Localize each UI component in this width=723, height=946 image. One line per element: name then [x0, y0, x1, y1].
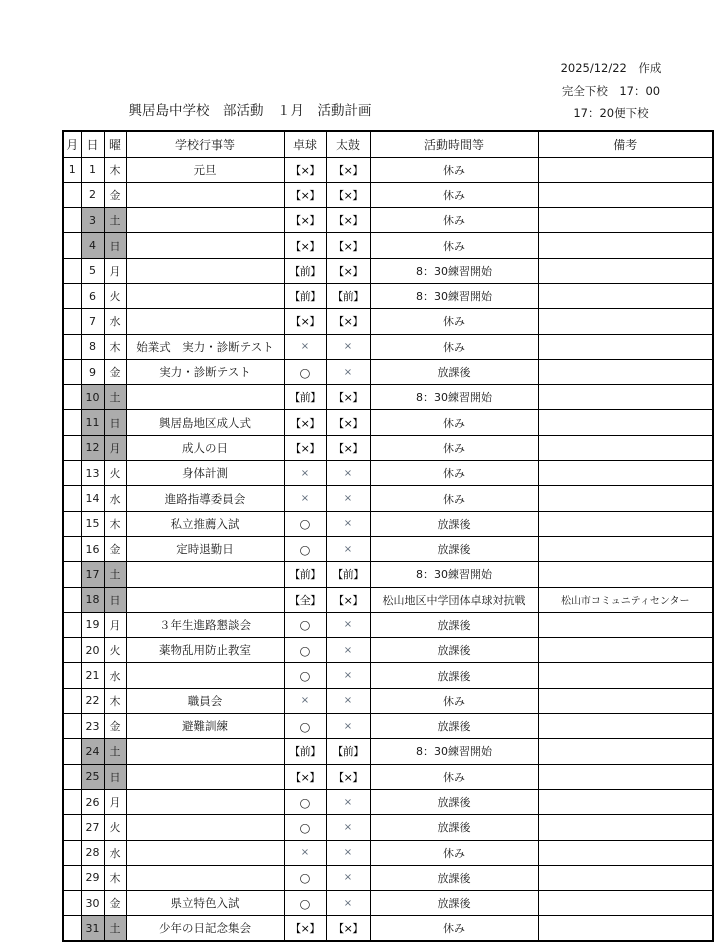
cell-day: 19: [81, 612, 104, 637]
table-row: 25日【×】【×】休み: [63, 764, 713, 789]
cell-time: 休み: [370, 410, 538, 435]
document-meta: 2025/12/22 作成 完全下校 17：00 17：20便下校: [533, 57, 689, 125]
cell-event: [126, 208, 284, 233]
cell-day: 24: [81, 739, 104, 764]
cell-note: [538, 891, 713, 916]
header-event: 学校行事等: [126, 131, 284, 157]
cell-month: [63, 587, 81, 612]
cell-weekday: 金: [104, 359, 126, 384]
table-row: 4日【×】【×】休み: [63, 233, 713, 258]
created-date: 2025/12/22 作成: [533, 57, 689, 80]
cell-month: [63, 764, 81, 789]
cell-taiko: ×: [326, 663, 370, 688]
cell-month: [63, 536, 81, 561]
table-row: 30金県立特色入試○×放課後: [63, 891, 713, 916]
cell-event: [126, 385, 284, 410]
cell-table-tennis: ○: [284, 789, 326, 814]
cell-note: [538, 714, 713, 739]
table-row: 19月３年生進路懇談会○×放課後: [63, 612, 713, 637]
cell-day: 20: [81, 638, 104, 663]
cell-time: 松山地区中学団体卓球対抗戦: [370, 587, 538, 612]
cell-weekday: 木: [104, 865, 126, 890]
cell-time: 放課後: [370, 663, 538, 688]
header-activity-time: 活動時間等: [370, 131, 538, 157]
cell-weekday: 月: [104, 789, 126, 814]
cell-day: 28: [81, 840, 104, 865]
cell-time: 休み: [370, 486, 538, 511]
cell-taiko: 【×】: [326, 258, 370, 283]
table-row: 11木元旦【×】【×】休み: [63, 157, 713, 182]
cell-weekday: 土: [104, 739, 126, 764]
cell-month: [63, 435, 81, 460]
cell-event: 職員会: [126, 688, 284, 713]
cell-month: [63, 612, 81, 637]
cell-month: [63, 840, 81, 865]
cell-time: 放課後: [370, 612, 538, 637]
cell-day: 27: [81, 815, 104, 840]
cell-day: 23: [81, 714, 104, 739]
cell-time: 放課後: [370, 891, 538, 916]
cell-table-tennis: 【×】: [284, 208, 326, 233]
cell-note: [538, 486, 713, 511]
cell-day: 2: [81, 182, 104, 207]
cell-weekday: 日: [104, 587, 126, 612]
table-row: 17土【前】【前】8：30練習開始: [63, 562, 713, 587]
cell-time: 休み: [370, 208, 538, 233]
table-row: 10土【前】【×】8：30練習開始: [63, 385, 713, 410]
cell-month: [63, 258, 81, 283]
cell-table-tennis: 【×】: [284, 764, 326, 789]
cell-time: 放課後: [370, 714, 538, 739]
cell-weekday: 火: [104, 461, 126, 486]
cell-day: 14: [81, 486, 104, 511]
cell-note: [538, 688, 713, 713]
cell-time: 放課後: [370, 638, 538, 663]
cell-taiko: ×: [326, 486, 370, 511]
header-remarks: 備考: [538, 131, 713, 157]
cell-weekday: 木: [104, 511, 126, 536]
cell-day: 4: [81, 233, 104, 258]
cell-time: 休み: [370, 157, 538, 182]
cell-note: [538, 182, 713, 207]
cell-day: 29: [81, 865, 104, 890]
cell-table-tennis: ○: [284, 612, 326, 637]
cell-day: 3: [81, 208, 104, 233]
cell-time: 休み: [370, 461, 538, 486]
cell-taiko: ×: [326, 714, 370, 739]
cell-table-tennis: ○: [284, 638, 326, 663]
cell-day: 6: [81, 283, 104, 308]
cell-table-tennis: 【×】: [284, 916, 326, 941]
cell-event: [126, 815, 284, 840]
cell-table-tennis: 【前】: [284, 385, 326, 410]
cell-day: 25: [81, 764, 104, 789]
table-row: 18日【全】【×】松山地区中学団体卓球対抗戦松山市コミュニティセンター: [63, 587, 713, 612]
cell-note: 松山市コミュニティセンター: [538, 587, 713, 612]
cell-day: 16: [81, 536, 104, 561]
schedule-table-body: 11木元旦【×】【×】休み2金【×】【×】休み3土【×】【×】休み4日【×】【×…: [63, 157, 713, 941]
cell-time: 放課後: [370, 865, 538, 890]
cell-note: [538, 536, 713, 561]
cell-table-tennis: ○: [284, 865, 326, 890]
cell-time: 放課後: [370, 789, 538, 814]
cell-month: [63, 815, 81, 840]
cell-event: [126, 182, 284, 207]
cell-day: 15: [81, 511, 104, 536]
cell-day: 22: [81, 688, 104, 713]
cell-taiko: ×: [326, 461, 370, 486]
cell-event: 私立推薦入試: [126, 511, 284, 536]
cell-taiko: 【前】: [326, 283, 370, 308]
cell-event: 成人の日: [126, 435, 284, 460]
cell-time: 8：30練習開始: [370, 385, 538, 410]
cell-day: 7: [81, 309, 104, 334]
cell-note: [538, 359, 713, 384]
cell-table-tennis: ×: [284, 840, 326, 865]
cell-weekday: 月: [104, 435, 126, 460]
cell-weekday: 木: [104, 334, 126, 359]
cell-taiko: ×: [326, 511, 370, 536]
header-weekday: 曜: [104, 131, 126, 157]
cell-weekday: 水: [104, 663, 126, 688]
cell-note: [538, 410, 713, 435]
cell-note: [538, 283, 713, 308]
cell-month: [63, 334, 81, 359]
cell-weekday: 火: [104, 815, 126, 840]
cell-event: 県立特色入試: [126, 891, 284, 916]
schedule-document: 2025/12/22 作成 完全下校 17：00 17：20便下校 興居島中学校…: [0, 0, 723, 946]
table-row: 29木○×放課後: [63, 865, 713, 890]
cell-table-tennis: ×: [284, 486, 326, 511]
cell-event: [126, 739, 284, 764]
cell-taiko: 【×】: [326, 157, 370, 182]
cell-month: [63, 208, 81, 233]
dismissal-time: 完全下校 17：00: [533, 80, 689, 103]
cell-weekday: 木: [104, 157, 126, 182]
table-row: 9金実力・診断テスト○×放課後: [63, 359, 713, 384]
table-row: 22木職員会××休み: [63, 688, 713, 713]
cell-event: 元旦: [126, 157, 284, 182]
cell-taiko: 【×】: [326, 182, 370, 207]
cell-weekday: 土: [104, 916, 126, 941]
cell-note: [538, 612, 713, 637]
cell-time: 放課後: [370, 815, 538, 840]
cell-table-tennis: 【×】: [284, 435, 326, 460]
cell-note: [538, 916, 713, 941]
cell-table-tennis: 【前】: [284, 258, 326, 283]
cell-event: 薬物乱用防止教室: [126, 638, 284, 663]
cell-time: 放課後: [370, 511, 538, 536]
cell-day: 18: [81, 587, 104, 612]
cell-event: [126, 258, 284, 283]
cell-weekday: 日: [104, 764, 126, 789]
cell-day: 17: [81, 562, 104, 587]
cell-event: [126, 283, 284, 308]
cell-month: [63, 789, 81, 814]
cell-table-tennis: 【前】: [284, 739, 326, 764]
cell-month: [63, 562, 81, 587]
header-taiko: 太鼓: [326, 131, 370, 157]
cell-taiko: ×: [326, 638, 370, 663]
cell-taiko: 【×】: [326, 764, 370, 789]
cell-time: 休み: [370, 435, 538, 460]
cell-note: [538, 789, 713, 814]
cell-table-tennis: 【前】: [284, 562, 326, 587]
cell-taiko: ×: [326, 865, 370, 890]
cell-month: [63, 233, 81, 258]
cell-event: 始業式 実力・診断テスト: [126, 334, 284, 359]
cell-day: 12: [81, 435, 104, 460]
cell-taiko: ×: [326, 891, 370, 916]
cell-table-tennis: ○: [284, 815, 326, 840]
cell-taiko: 【×】: [326, 435, 370, 460]
cell-table-tennis: ○: [284, 536, 326, 561]
cell-table-tennis: 【×】: [284, 410, 326, 435]
cell-table-tennis: 【前】: [284, 283, 326, 308]
table-row: 11日興居島地区成人式【×】【×】休み: [63, 410, 713, 435]
cell-note: [538, 764, 713, 789]
cell-table-tennis: 【×】: [284, 233, 326, 258]
cell-taiko: 【×】: [326, 587, 370, 612]
cell-day: 11: [81, 410, 104, 435]
cell-table-tennis: ×: [284, 688, 326, 713]
cell-note: [538, 638, 713, 663]
cell-day: 10: [81, 385, 104, 410]
page-title: 興居島中学校 部活動 １月 活動計画: [0, 99, 500, 119]
cell-day: 9: [81, 359, 104, 384]
cell-event: ３年生進路懇談会: [126, 612, 284, 637]
cell-note: [538, 208, 713, 233]
cell-time: 放課後: [370, 536, 538, 561]
cell-note: [538, 815, 713, 840]
table-row: 2金【×】【×】休み: [63, 182, 713, 207]
table-row: 23金避難訓練○×放課後: [63, 714, 713, 739]
cell-table-tennis: 【全】: [284, 587, 326, 612]
cell-table-tennis: 【×】: [284, 157, 326, 182]
cell-weekday: 土: [104, 562, 126, 587]
header-month: 月: [63, 131, 81, 157]
table-row: 7水【×】【×】休み: [63, 309, 713, 334]
cell-note: [538, 865, 713, 890]
cell-note: [538, 385, 713, 410]
cell-taiko: 【×】: [326, 208, 370, 233]
cell-note: [538, 258, 713, 283]
cell-taiko: ×: [326, 789, 370, 814]
cell-event: [126, 233, 284, 258]
cell-taiko: 【×】: [326, 233, 370, 258]
table-row: 14水進路指導委員会××休み: [63, 486, 713, 511]
cell-month: [63, 865, 81, 890]
table-row: 5月【前】【×】8：30練習開始: [63, 258, 713, 283]
table-row: 27火○×放課後: [63, 815, 713, 840]
cell-table-tennis: ○: [284, 359, 326, 384]
cell-note: [538, 663, 713, 688]
cell-weekday: 月: [104, 258, 126, 283]
cell-event: 進路指導委員会: [126, 486, 284, 511]
table-row: 20火薬物乱用防止教室○×放課後: [63, 638, 713, 663]
cell-note: [538, 233, 713, 258]
cell-day: 30: [81, 891, 104, 916]
table-row: 31土少年の日記念集会【×】【×】休み: [63, 916, 713, 941]
cell-note: [538, 562, 713, 587]
cell-month: [63, 309, 81, 334]
cell-table-tennis: ×: [284, 334, 326, 359]
cell-month: [63, 486, 81, 511]
table-row: 3土【×】【×】休み: [63, 208, 713, 233]
cell-time: 休み: [370, 840, 538, 865]
table-row: 6火【前】【前】8：30練習開始: [63, 283, 713, 308]
cell-time: 休み: [370, 309, 538, 334]
cell-taiko: ×: [326, 536, 370, 561]
cell-day: 8: [81, 334, 104, 359]
cell-note: [538, 840, 713, 865]
cell-day: 26: [81, 789, 104, 814]
cell-month: 1: [63, 157, 81, 182]
cell-taiko: ×: [326, 688, 370, 713]
cell-table-tennis: ○: [284, 714, 326, 739]
cell-month: [63, 714, 81, 739]
table-header-row: 月 日 曜 学校行事等 卓球 太鼓 活動時間等 備考: [63, 131, 713, 157]
table-row: 13火身体計測××休み: [63, 461, 713, 486]
cell-month: [63, 891, 81, 916]
cell-note: [538, 309, 713, 334]
cell-note: [538, 334, 713, 359]
cell-weekday: 日: [104, 410, 126, 435]
cell-weekday: 水: [104, 486, 126, 511]
cell-month: [63, 283, 81, 308]
cell-event: [126, 764, 284, 789]
cell-month: [63, 359, 81, 384]
cell-weekday: 水: [104, 840, 126, 865]
cell-event: 定時退勤日: [126, 536, 284, 561]
cell-taiko: ×: [326, 612, 370, 637]
cell-table-tennis: ×: [284, 461, 326, 486]
cell-weekday: 火: [104, 638, 126, 663]
cell-event: 身体計測: [126, 461, 284, 486]
cell-time: 休み: [370, 182, 538, 207]
cell-month: [63, 739, 81, 764]
cell-note: [538, 157, 713, 182]
cell-note: [538, 739, 713, 764]
cell-time: 8：30練習開始: [370, 739, 538, 764]
cell-note: [538, 511, 713, 536]
cell-weekday: 金: [104, 182, 126, 207]
cell-event: 避難訓練: [126, 714, 284, 739]
cell-weekday: 日: [104, 233, 126, 258]
cell-month: [63, 182, 81, 207]
cell-event: 興居島地区成人式: [126, 410, 284, 435]
cell-weekday: 金: [104, 536, 126, 561]
cell-event: [126, 663, 284, 688]
cell-table-tennis: ○: [284, 663, 326, 688]
cell-time: 8：30練習開始: [370, 562, 538, 587]
table-row: 21水○×放課後: [63, 663, 713, 688]
table-row: 28水××休み: [63, 840, 713, 865]
cell-event: 少年の日記念集会: [126, 916, 284, 941]
cell-taiko: ×: [326, 840, 370, 865]
header-table-tennis: 卓球: [284, 131, 326, 157]
cell-event: [126, 309, 284, 334]
cell-day: 21: [81, 663, 104, 688]
cell-event: [126, 587, 284, 612]
cell-month: [63, 688, 81, 713]
cell-weekday: 土: [104, 385, 126, 410]
cell-time: 休み: [370, 233, 538, 258]
cell-time: 放課後: [370, 359, 538, 384]
cell-time: 8：30練習開始: [370, 258, 538, 283]
table-row: 15木私立推薦入試○×放課後: [63, 511, 713, 536]
cell-table-tennis: 【×】: [284, 182, 326, 207]
cell-taiko: 【前】: [326, 562, 370, 587]
cell-event: [126, 562, 284, 587]
cell-time: 休み: [370, 688, 538, 713]
header-day: 日: [81, 131, 104, 157]
cell-day: 31: [81, 916, 104, 941]
cell-taiko: 【×】: [326, 410, 370, 435]
cell-weekday: 木: [104, 688, 126, 713]
cell-table-tennis: 【×】: [284, 309, 326, 334]
table-row: 12月成人の日【×】【×】休み: [63, 435, 713, 460]
cell-taiko: ×: [326, 359, 370, 384]
table-row: 24土【前】【前】8：30練習開始: [63, 739, 713, 764]
bus-time: 17：20便下校: [533, 102, 689, 125]
cell-event: [126, 865, 284, 890]
cell-weekday: 月: [104, 612, 126, 637]
table-row: 26月○×放課後: [63, 789, 713, 814]
cell-day: 5: [81, 258, 104, 283]
cell-weekday: 水: [104, 309, 126, 334]
cell-note: [538, 435, 713, 460]
cell-month: [63, 461, 81, 486]
cell-month: [63, 410, 81, 435]
cell-day: 1: [81, 157, 104, 182]
cell-table-tennis: ○: [284, 511, 326, 536]
cell-weekday: 土: [104, 208, 126, 233]
cell-taiko: ×: [326, 815, 370, 840]
cell-weekday: 火: [104, 283, 126, 308]
table-row: 8木始業式 実力・診断テスト××休み: [63, 334, 713, 359]
cell-time: 休み: [370, 916, 538, 941]
cell-month: [63, 916, 81, 941]
cell-taiko: 【前】: [326, 739, 370, 764]
cell-event: [126, 840, 284, 865]
cell-month: [63, 511, 81, 536]
cell-month: [63, 663, 81, 688]
cell-taiko: 【×】: [326, 385, 370, 410]
table-row: 16金定時退勤日○×放課後: [63, 536, 713, 561]
cell-time: 休み: [370, 334, 538, 359]
activity-schedule-table: 月 日 曜 学校行事等 卓球 太鼓 活動時間等 備考 11木元旦【×】【×】休み…: [62, 130, 714, 942]
cell-note: [538, 461, 713, 486]
cell-time: 8：30練習開始: [370, 283, 538, 308]
cell-month: [63, 385, 81, 410]
cell-month: [63, 638, 81, 663]
cell-event: [126, 789, 284, 814]
cell-weekday: 金: [104, 714, 126, 739]
cell-day: 13: [81, 461, 104, 486]
cell-table-tennis: ○: [284, 891, 326, 916]
cell-time: 休み: [370, 764, 538, 789]
cell-weekday: 金: [104, 891, 126, 916]
cell-taiko: 【×】: [326, 916, 370, 941]
cell-event: 実力・診断テスト: [126, 359, 284, 384]
cell-taiko: ×: [326, 334, 370, 359]
cell-taiko: 【×】: [326, 309, 370, 334]
